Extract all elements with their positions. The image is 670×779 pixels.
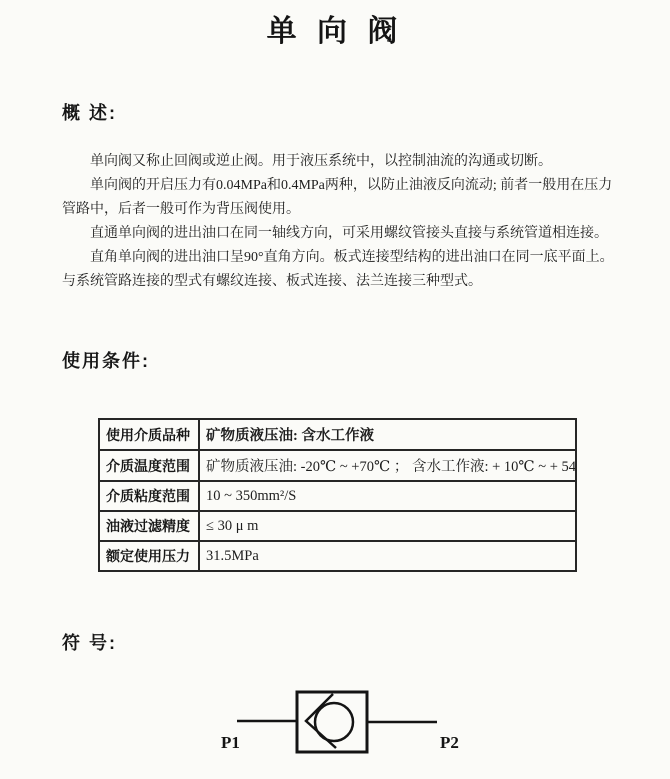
row-label: 额定使用压力 <box>99 541 199 571</box>
symbol-heading: 符 号: <box>62 632 670 654</box>
row-value: 矿物质液压油: -20℃ ~ +70℃ ； 含水工作液: + 10℃ ~ + 5… <box>199 450 576 481</box>
row-value: 31.5MPa <box>199 541 576 571</box>
valve-ball-circle <box>315 703 353 741</box>
overview-paragraph-4: 直角单向阀的进出油口呈90°直角方向。板式连接型结构的进出油口在同一底平面上。与… <box>62 246 615 294</box>
row-label: 油液过滤精度 <box>99 511 199 541</box>
overview-paragraph-2: 单向阀的开启压力有0.04MPa和0.4MPa两种，以防止油液反向流动; 前者一… <box>62 174 615 222</box>
row-label: 介质温度范围 <box>99 450 199 481</box>
row-value: ≤ 30 μ m <box>199 511 576 541</box>
row-value: 10 ~ 350mm²/S <box>199 481 576 511</box>
overview-paragraphs: 单向阀又称止回阀或逆止阀。用于液压系统中，以控制油流的沟通或切断。 单向阀的开启… <box>62 150 615 294</box>
table-row: 使用介质品种 矿物质液压油: 含水工作液 <box>99 419 576 450</box>
table-row: 油液过滤精度 ≤ 30 μ m <box>99 511 576 541</box>
row-label: 使用介质品种 <box>99 419 199 450</box>
symbol-section: 符 号: P1 P2 <box>0 632 670 779</box>
overview-paragraph-3: 直通单向阀的进出油口在同一轴线方向，可采用螺纹管接头直接与系统管道相连接。 <box>62 222 615 246</box>
overview-section: 概 述: 单向阀又称止回阀或逆止阀。用于液压系统中，以控制油流的沟通或切断。 单… <box>0 50 670 294</box>
table-row: 介质温度范围 矿物质液压油: -20℃ ~ +70℃ ； 含水工作液: + 10… <box>99 450 576 481</box>
row-label: 介质粘度范围 <box>99 481 199 511</box>
page-title: 单 向 阀 <box>0 0 670 50</box>
conditions-table: 使用介质品种 矿物质液压油: 含水工作液 介质温度范围 矿物质液压油: -20℃… <box>98 418 577 572</box>
overview-paragraph-1: 单向阀又称止回阀或逆止阀。用于液压系统中，以控制油流的沟通或切断。 <box>62 150 615 174</box>
port-label-p1: P1 <box>221 733 240 752</box>
conditions-heading: 使用条件: <box>62 350 670 372</box>
row-value: 矿物质液压油: 含水工作液 <box>199 419 576 450</box>
table-row: 额定使用压力 31.5MPa <box>99 541 576 571</box>
table-row: 介质粘度范围 10 ~ 350mm²/S <box>99 481 576 511</box>
port-label-p2: P2 <box>440 733 459 752</box>
document-page: 单 向 阀 概 述: 单向阀又称止回阀或逆止阀。用于液压系统中，以控制油流的沟通… <box>0 0 670 779</box>
overview-heading: 概 述: <box>62 50 670 124</box>
check-valve-symbol-diagram: P1 P2 <box>0 680 670 779</box>
conditions-section: 使用条件: 使用介质品种 矿物质液压油: 含水工作液 介质温度范围 矿物质液压油… <box>0 350 670 572</box>
